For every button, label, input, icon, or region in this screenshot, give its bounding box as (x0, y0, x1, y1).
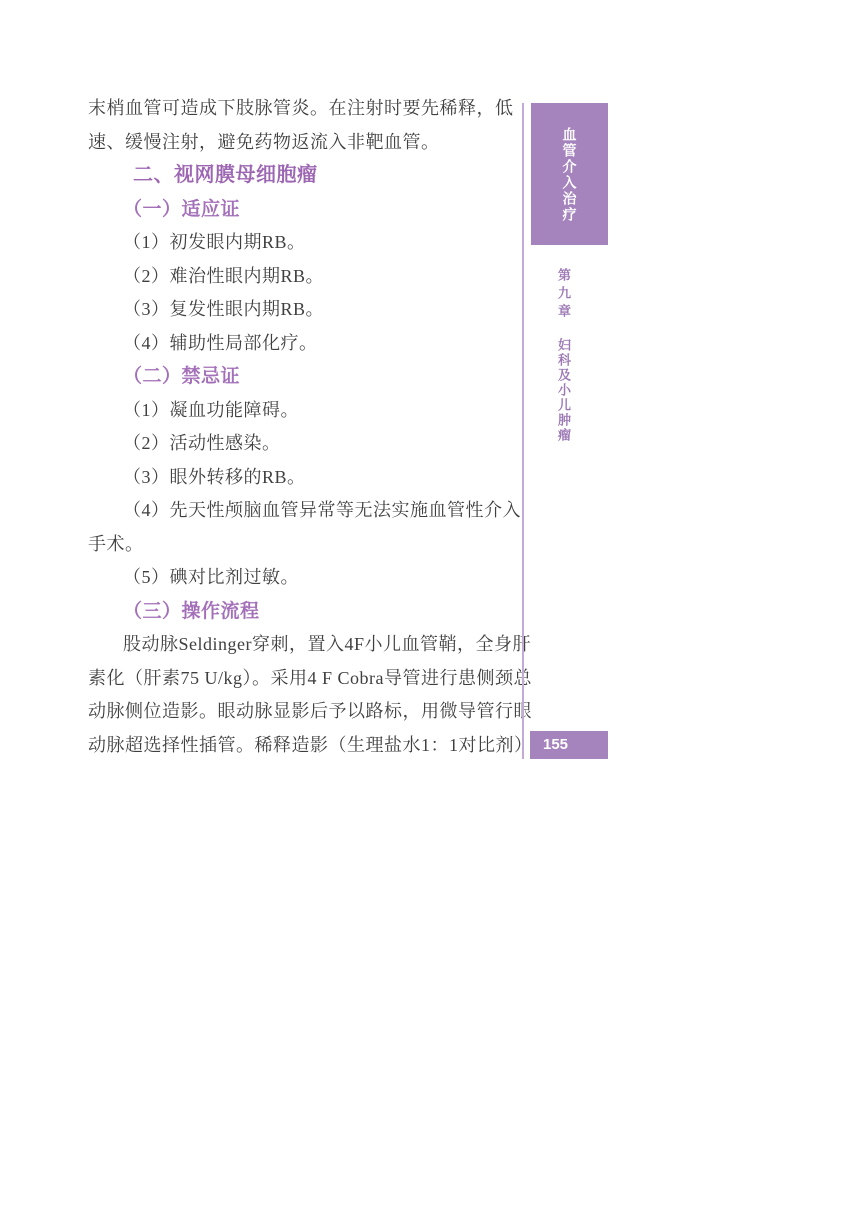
list-item-line: （3）复发性眼内期RB。 (88, 293, 512, 327)
page-number-badge: 155 (530, 731, 608, 759)
sidebar-divider-line (522, 103, 524, 759)
paragraph-line: 动脉超选择性插管。稀释造影（生理盐水1：1对比剂） (88, 729, 512, 763)
book-page: 末梢血管可造成下肢脉管炎。在注射时要先稀释，低 速、缓慢注射，避免药物返流入非靶… (0, 0, 867, 1218)
main-text-column: 末梢血管可造成下肢脉管炎。在注射时要先稀释，低 速、缓慢注射，避免药物返流入非靶… (88, 92, 512, 762)
book-title-vertical-text: 血管介入治疗 (560, 127, 580, 223)
paragraph-first-line: 股动脉Seldinger穿刺，置入4F小儿血管鞘，全身肝 (88, 628, 512, 662)
page-number-text: 155 (543, 736, 568, 753)
list-item-continuation-line: 手术。 (88, 528, 512, 562)
section-heading: 二、视网膜母细胞瘤 (88, 159, 512, 193)
paragraph-line: 末梢血管可造成下肢脉管炎。在注射时要先稀释，低 (88, 92, 512, 126)
list-item-line: （3）眼外转移的RB。 (88, 461, 512, 495)
list-item-line: （4）先天性颅脑血管异常等无法实施血管性介入 (88, 494, 512, 528)
list-item-line: （1）凝血功能障碍。 (88, 394, 512, 428)
paragraph-line: 素化（肝素75 U/kg）。采用4 F Cobra导管进行患侧颈总 (88, 662, 512, 696)
list-item-line: （2）活动性感染。 (88, 427, 512, 461)
subsection-heading: （一）适应证 (88, 193, 512, 227)
chapter-vertical-label: 第九章妇科及小儿肿瘤 (551, 268, 573, 443)
paragraph-line: 动脉侧位造影。眼动脉显影后予以路标，用微导管行眼 (88, 695, 512, 729)
list-item-line: （2）难治性眼内期RB。 (88, 260, 512, 294)
list-item-line: （5）碘对比剂过敏。 (88, 561, 512, 595)
book-title-tab: 血管介入治疗 (531, 103, 608, 245)
chapter-title-text: 妇科及小儿肿瘤 (556, 338, 571, 443)
paragraph-line: 速、缓慢注射，避免药物返流入非靶血管。 (88, 126, 512, 160)
list-item-line: （1）初发眼内期RB。 (88, 226, 512, 260)
subsection-heading: （三）操作流程 (88, 595, 512, 629)
chapter-number-text: 第九章 (556, 268, 571, 322)
subsection-heading: （二）禁忌证 (88, 360, 512, 394)
list-item-line: （4）辅助性局部化疗。 (88, 327, 512, 361)
